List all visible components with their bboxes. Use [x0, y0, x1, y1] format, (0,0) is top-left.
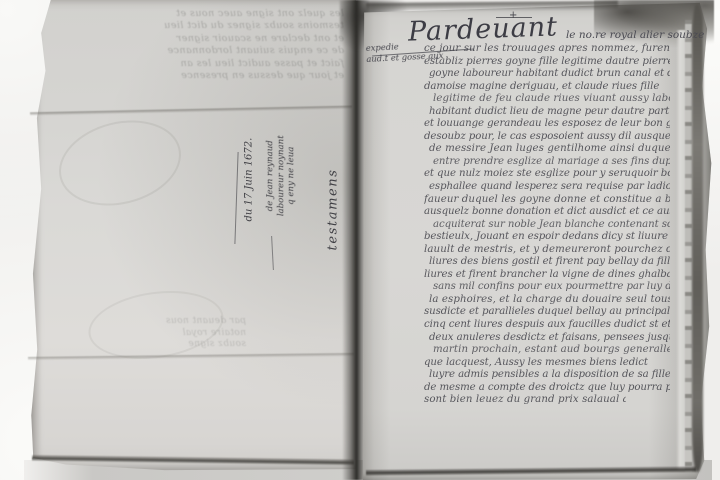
handwriting-line: deux anuleres desdictz et faisans, pense… [424, 332, 670, 345]
handwriting-line: entre prendre esglize al mariage a ses f… [424, 156, 670, 169]
rotated-summary-line: laboureur noynant [276, 111, 287, 241]
rotated-summary-note: de Jean reynaudlaboureur noynantq eny ne… [265, 111, 297, 241]
bleedthrough-line: et ont declare ne scauoir signer [46, 33, 344, 45]
bleedthrough-line: soubz signe [96, 339, 246, 351]
rotated-category-note: testamens [326, 101, 341, 251]
handwriting-line: et louuange gerandeau les esposez de leu… [424, 118, 670, 131]
handwriting-line: faueur duquel les goyne donne et constit… [424, 194, 670, 207]
handwriting-line: sans mil confins pour eux pourmettre par… [424, 281, 670, 294]
handwriting-line: establiz pierres goyne fille legitime da… [424, 56, 670, 69]
act-opening-line: Pardeuantle no.re royal alier soubze [408, 14, 704, 45]
handwriting-line: legitime de feu claude riues viuant auss… [424, 93, 670, 106]
bleedthrough-line: les quelz ont signe auec nous et [46, 8, 344, 20]
handwriting-line: sont bien leuez du grand prix salaual an… [424, 394, 626, 407]
handwriting-line: ce jour sur les trouuages apres nommez, … [424, 43, 670, 56]
handwriting-line: ausquelz bonne donation et dict ausdict … [424, 206, 670, 219]
handwriting-line: que lacquest, Aussy les mesmes biens led… [424, 357, 670, 370]
handwriting-line: habitant dudict lieu de magne peur dautr… [424, 106, 670, 119]
handwriting-line: acquiterat sur noble Jean blanche conten… [424, 219, 670, 232]
handwriting-line: cinq cent liures despuis aux faucilles d… [424, 319, 670, 332]
bleedthrough-line: de ce enquis suiuant lordonnance [46, 45, 344, 57]
opening-line-rest: le no.re royal alier soubze [566, 29, 704, 41]
handwriting-line: damoise magine deriguau, et claude riues… [424, 81, 670, 94]
bleedthrough-text-middle: par deuant nousnotaire royalsoubz signe [96, 316, 246, 351]
handwriting-line: desoubz pour, le cas esposoient aussy di… [424, 131, 670, 144]
handwriting-line: susdicte et parallieles duquel bellay au… [424, 306, 670, 319]
handwriting-line: luyre admis pensibles a la disposition d… [424, 369, 670, 382]
page-stack-outer-edge [692, 4, 703, 472]
bleedthrough-line: et jour que dessus en presence [46, 70, 344, 82]
handwriting-line: liures des biens gostil et firent pay be… [424, 256, 670, 269]
handwriting-line: esphallee quand lesperez sera requise pa… [424, 181, 670, 194]
handwriting-line: goyne laboureur habitant dudict brun can… [424, 68, 670, 81]
bleedthrough-text-top: les quelz ont signe auec nous ettesmoins… [46, 8, 344, 82]
bleedthrough-line: par deuant nous [96, 316, 246, 328]
rotated-summary-line: q eny ne leua [286, 111, 297, 241]
manuscript-photo: les quelz ont signe auec nous ettesmoins… [0, 0, 720, 480]
handwriting-line: bestieulx, Jouant en espoir dedans dicy … [424, 231, 670, 244]
rotated-summary-line: de Jean reynaud [265, 111, 276, 241]
page-stack-edges [685, 20, 692, 472]
handwriting-line: de mesme a compte des droictz que luy po… [424, 382, 670, 395]
handwriting-line: la esphoires, et la charge du douaire se… [424, 294, 670, 307]
handwriting-line: martin prochain, estant aud bourgs gener… [424, 344, 670, 357]
handwriting-line: liures et firent brancher la vigne de di… [424, 269, 670, 282]
bleedthrough-line: notaire royal [96, 328, 246, 340]
handwriting-line: de messire Jean luges gentilhome ainsi d… [424, 143, 670, 156]
bleedthrough-line: tesmoins soubz signez du dict lieu [46, 20, 344, 32]
bleedthrough-line: faict et passe audict lieu les an [46, 58, 344, 70]
handwriting-line: et que nulz moiez ste esglize pour y ser… [424, 168, 670, 181]
handwriting-line: lauult de mestris, et y demeureront pour… [424, 244, 670, 257]
act-body-text: ce jour sur les trouuages apres nommez, … [424, 43, 670, 407]
rotated-date-note: du 17 Juin 1672. [244, 130, 255, 222]
